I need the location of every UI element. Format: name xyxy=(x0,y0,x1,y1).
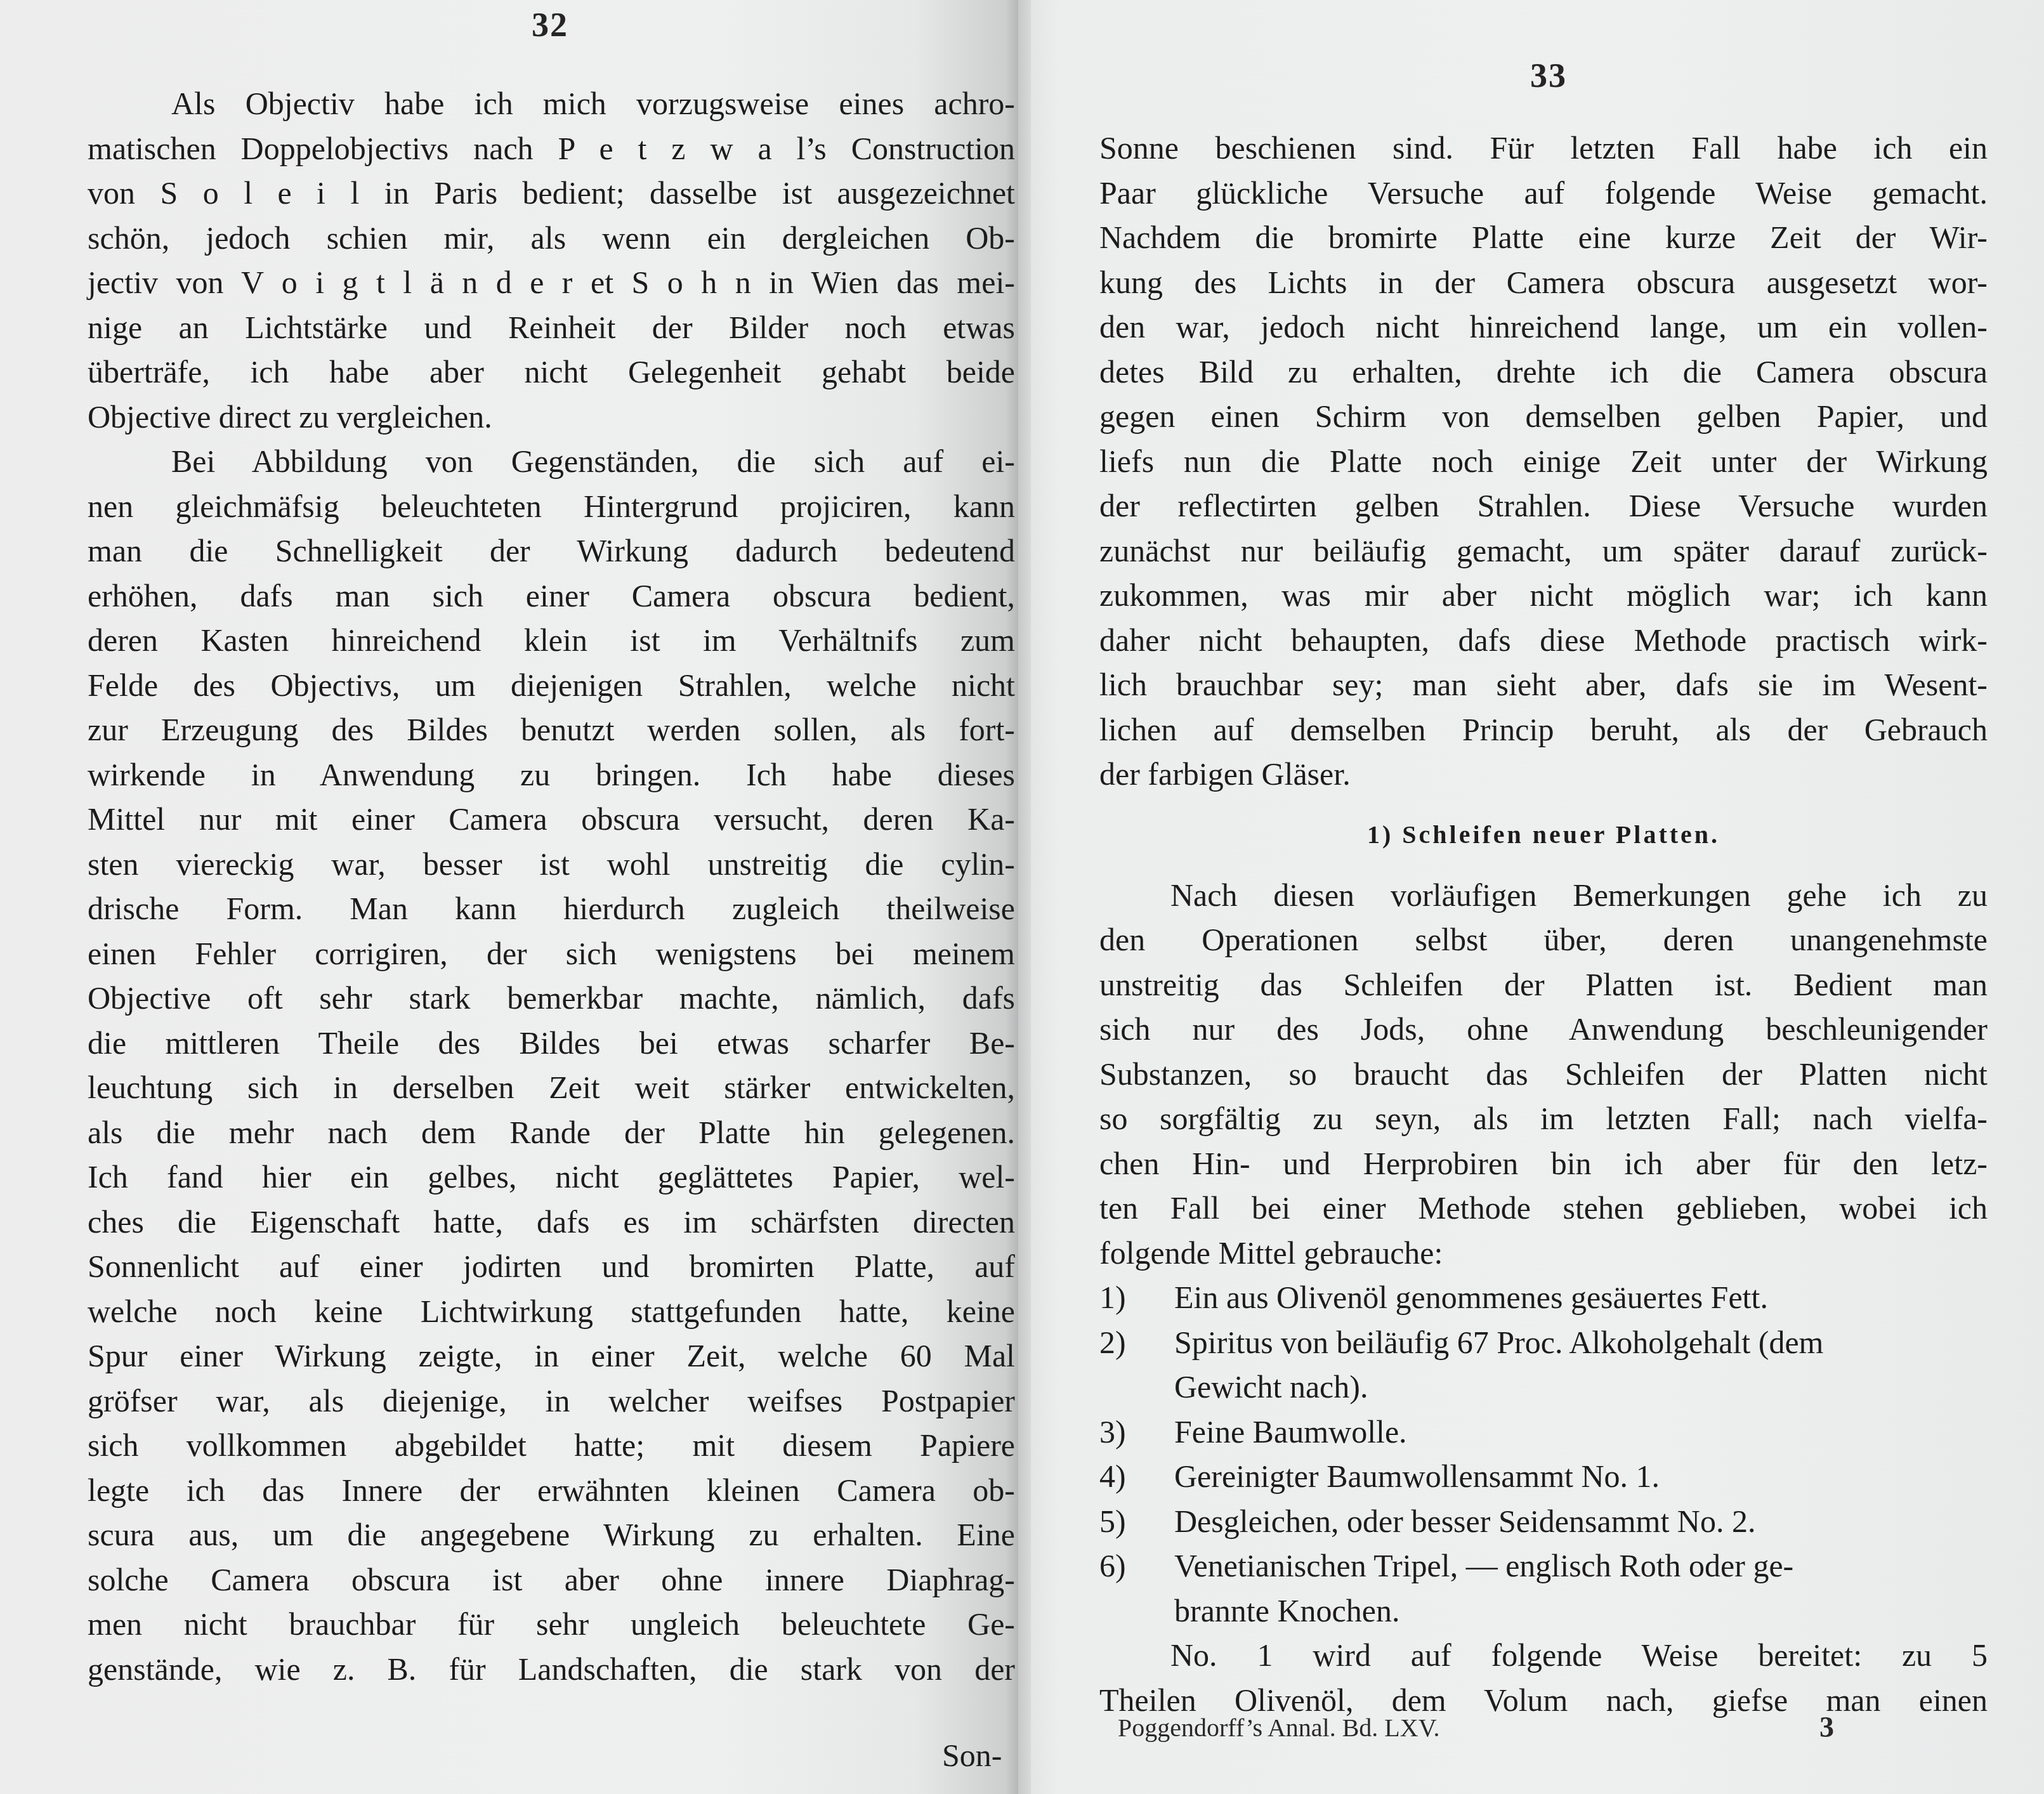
text-line: legte ich das Innere der erwähnten klein… xyxy=(88,1468,1015,1513)
text-line: genstände, wie z. B. für Landschaften, d… xyxy=(88,1647,1015,1692)
list-item-text: Venetianischen Tripel, — englisch Roth o… xyxy=(1174,1548,1793,1583)
text-line: unstreitig das Schleifen der Platten ist… xyxy=(1099,962,1988,1007)
text-line: ten Fall bei einer Methode stehen geblie… xyxy=(1099,1186,1988,1231)
footer-journal-title: Poggendorff’s Annal. Bd. LXV. xyxy=(1118,1713,1439,1743)
left-page-body: Als Objectiv habe ich mich vorzugsweise … xyxy=(88,81,1015,1691)
text-line: einen Fehler corrigiren, der sich wenigs… xyxy=(88,931,1015,976)
text-line: matischen Doppelobjectivs nach P e t z w… xyxy=(88,126,1015,171)
text-line: sten viereckig war, besser ist wohl unst… xyxy=(88,842,1015,887)
list-item-text: Ein aus Olivenöl genommenes gesäuertes F… xyxy=(1174,1280,1768,1315)
text-line: schön, jedoch schien mir, als wenn ein d… xyxy=(88,216,1015,261)
section-heading: 1) Schleifen neuer Platten. xyxy=(1099,797,1988,873)
text-line: Als Objectiv habe ich mich vorzugsweise … xyxy=(88,81,1015,126)
text-line: den war, jedoch nicht hinreichend lange,… xyxy=(1099,304,1988,350)
text-line: leuchtung sich in derselben Zeit weit st… xyxy=(88,1065,1015,1110)
list-item-number: 2) xyxy=(1099,1320,1174,1365)
text-line: Spur einer Wirkung zeigte, in einer Zeit… xyxy=(88,1333,1015,1378)
text-line: von S o l e i l in Paris bedient; dassel… xyxy=(88,171,1015,216)
text-line: folgende Mittel gebrauche: xyxy=(1099,1231,1988,1276)
list-item-text: Spiritus von beiläufig 67 Proc. Alkoholg… xyxy=(1174,1325,1824,1360)
left-page: 32 Als Objectiv habe ich mich vorzugswei… xyxy=(0,0,1018,1794)
text-line: wirkende in Anwendung zu bringen. Ich ha… xyxy=(88,752,1015,797)
text-line: solche Camera obscura ist aber ohne inne… xyxy=(88,1557,1015,1602)
list-item-number: 3) xyxy=(1099,1410,1174,1455)
text-line: No. 1 wird auf folgende Weise bereitet: … xyxy=(1099,1633,1988,1678)
text-line: zur Erzeugung des Bildes benutzt werden … xyxy=(88,707,1015,752)
text-line: nen gleichmäfsig beleuchteten Hintergrun… xyxy=(88,484,1015,529)
text-line: lichen auf demselben Princip beruht, als… xyxy=(1099,707,1988,752)
text-line: Sonne beschienen sind. Für letzten Fall … xyxy=(1099,126,1988,171)
text-line: zunächst nur beiläufig gemacht, um späte… xyxy=(1099,528,1988,573)
list-item: 3)Feine Baumwolle. xyxy=(1099,1410,1988,1455)
text-line: detes Bild zu erhalten, drehte ich die C… xyxy=(1099,350,1988,395)
list-item-number: 5) xyxy=(1099,1499,1174,1544)
list-item-number: 4) xyxy=(1099,1454,1174,1499)
text-line: daher nicht behaupten, dafs diese Method… xyxy=(1099,618,1988,663)
text-line: liefs nun die Platte noch einige Zeit un… xyxy=(1099,439,1988,484)
list-item: 4)Gereinigter Baumwollensammt No. 1. xyxy=(1099,1454,1988,1499)
text-line: den Operationen selbst über, deren unang… xyxy=(1099,917,1988,962)
text-line: Ich fand hier ein gelbes, nicht geglätte… xyxy=(88,1155,1015,1200)
text-line: nige an Lichtstärke und Reinheit der Bil… xyxy=(88,305,1015,350)
text-line: Paar glückliche Versuche auf folgende We… xyxy=(1099,171,1988,216)
text-line: ches die Eigenschaft hatte, dafs es im s… xyxy=(88,1200,1015,1245)
paragraph-intro: Nach diesen vorläufigen Bemerkungen gehe… xyxy=(1099,873,1988,1276)
text-line: welche noch keine Lichtwirkung stattgefu… xyxy=(88,1289,1015,1334)
text-line: jectiv von V o i g t l ä n d e r et S o … xyxy=(88,260,1015,305)
text-line: Nachdem die bromirte Platte eine kurze Z… xyxy=(1099,215,1988,260)
text-line: die mittleren Theile des Bildes bei etwa… xyxy=(88,1021,1015,1066)
footer-signature-mark: 3 xyxy=(1819,1710,1834,1744)
text-line: Nach diesen vorläufigen Bemerkungen gehe… xyxy=(1099,873,1988,918)
list-item-text: Gereinigter Baumwollensammt No. 1. xyxy=(1174,1458,1660,1494)
text-line: Objective oft sehr stark bemerkbar macht… xyxy=(88,976,1015,1021)
text-line: Objective direct zu vergleichen. xyxy=(88,395,1015,440)
text-line: Mittel nur mit einer Camera obscura vers… xyxy=(88,797,1015,842)
list-item: 1)Ein aus Olivenöl genommenes gesäuertes… xyxy=(1099,1275,1988,1320)
text-line: men nicht brauchbar für sehr ungleich be… xyxy=(88,1602,1015,1647)
page-number-right: 33 xyxy=(1530,56,1567,95)
list-item: 6)Venetianischen Tripel, — englisch Roth… xyxy=(1099,1543,1988,1588)
book-gutter xyxy=(1006,0,1031,1794)
text-line: man die Schnelligkeit der Wirkung dadurc… xyxy=(88,528,1015,573)
text-line: überträfe, ich habe aber nicht Gelegenhe… xyxy=(88,350,1015,395)
paragraph-continuation: Sonne beschienen sind. Für letzten Fall … xyxy=(1099,126,1988,797)
text-line: Substanzen, so braucht das Schleifen der… xyxy=(1099,1052,1988,1097)
text-line: als die mehr nach dem Rande der Platte h… xyxy=(88,1110,1015,1155)
text-line: sich vollkommen abgebildet hatte; mit di… xyxy=(88,1423,1015,1468)
right-page-body: Sonne beschienen sind. Für letzten Fall … xyxy=(1099,126,1988,1722)
text-line: der farbigen Gläser. xyxy=(1099,752,1988,797)
page-number-left: 32 xyxy=(532,5,568,44)
text-line: drische Form. Man kann hierdurch zugleic… xyxy=(88,886,1015,931)
text-line: erhöhen, dafs man sich einer Camera obsc… xyxy=(88,573,1015,619)
text-line: deren Kasten hinreichend klein ist im Ve… xyxy=(88,618,1015,663)
text-line: Sonnenlicht auf einer jodirten und bromi… xyxy=(88,1244,1015,1289)
paragraph-closing: No. 1 wird auf folgende Weise bereitet: … xyxy=(1099,1633,1988,1722)
text-line: scura aus, um die angegebene Wirkung zu … xyxy=(88,1512,1015,1557)
list-item-number: 6) xyxy=(1099,1543,1174,1588)
catchword: Son- xyxy=(942,1737,1002,1774)
text-line: Felde des Objectivs, um diejenigen Strah… xyxy=(88,663,1015,708)
list-item: 2)Spiritus von beiläufig 67 Proc. Alkoho… xyxy=(1099,1320,1988,1365)
list-item-number: 1) xyxy=(1099,1275,1174,1320)
list-item-text: Desgleichen, oder besser Seidensammt No.… xyxy=(1174,1503,1755,1539)
list-item: 5)Desgleichen, oder besser Seidensammt N… xyxy=(1099,1499,1988,1544)
text-line: chen Hin- und Herprobiren bin ich aber f… xyxy=(1099,1141,1988,1186)
text-line: der reflectirten gelben Strahlen. Diese … xyxy=(1099,483,1988,528)
right-page: 33 Sonne beschienen sind. Für letzten Fa… xyxy=(1018,0,2044,1794)
list-item-continuation: Gewicht nach). xyxy=(1099,1365,1988,1410)
text-line: kung des Lichts in der Camera obscura au… xyxy=(1099,260,1988,305)
list-item-text: Feine Baumwolle. xyxy=(1174,1414,1407,1450)
text-line: Bei Abbildung von Gegenständen, die sich… xyxy=(88,439,1015,484)
materials-list: 1)Ein aus Olivenöl genommenes gesäuertes… xyxy=(1099,1275,1988,1633)
text-line: lich brauchbar sey; man sieht aber, dafs… xyxy=(1099,662,1988,707)
text-line: sich nur des Jods, ohne Anwendung beschl… xyxy=(1099,1007,1988,1052)
text-line: gröfser war, als diejenige, in welcher w… xyxy=(88,1378,1015,1424)
text-line: zukommen, was mir aber nicht möglich war… xyxy=(1099,573,1988,618)
text-line: gegen einen Schirm von demselben gelben … xyxy=(1099,394,1988,439)
list-item-continuation: brannte Knochen. xyxy=(1099,1588,1988,1634)
text-line: so sorgfältig zu seyn, als im letzten Fa… xyxy=(1099,1096,1988,1141)
